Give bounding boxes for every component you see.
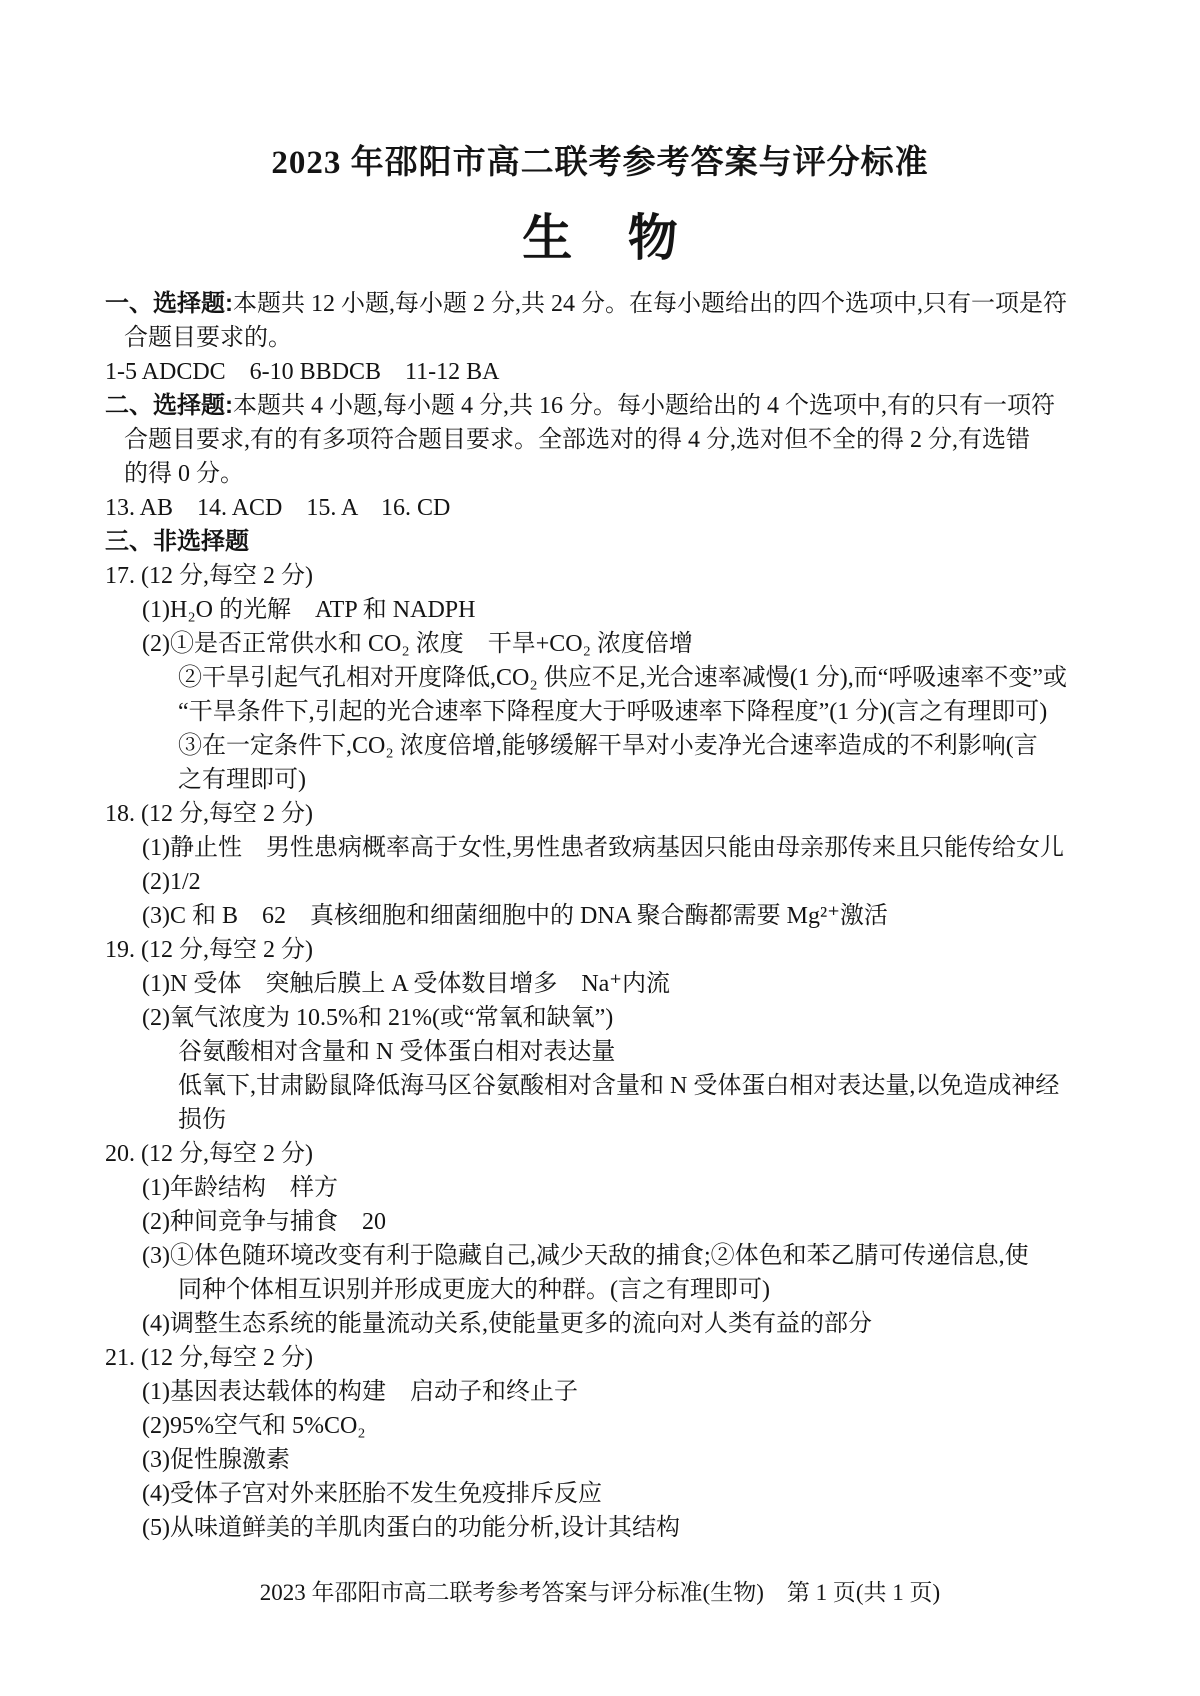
- answers-13-16: 13. AB 14. ACD 15. A 16. CD: [0, 491, 1200, 525]
- line-text: (4)受体子宫对外来胚胎不发生免疫排斥反应: [142, 1481, 602, 1507]
- q21-answer-2: (2)95%空气和 5%CO₂: [0, 1409, 1200, 1443]
- section-3-header: 三、非选择题: [0, 525, 1200, 559]
- q17-answer-2-1: (2)①是否正常供水和 CO₂ 浓度 干旱+CO₂ 浓度倍增: [0, 627, 1200, 661]
- section-1-header-2: 合题目要求的。: [0, 321, 1200, 355]
- line-text: 17. (12 分,每空 2 分): [105, 563, 313, 589]
- line-text: (1)年龄结构 样方: [142, 1175, 338, 1201]
- line-text: 19. (12 分,每空 2 分): [105, 937, 313, 963]
- line-text: 1-5 ADCDC 6-10 BBDCB 11-12 BA: [105, 359, 499, 385]
- line-text: (4)调整生态系统的能量流动关系,使能量更多的流向对人类有益的部分: [142, 1311, 872, 1337]
- line-text: (3)①体色随环境改变有利于隐藏自己,减少天敌的捕食;②体色和苯乙腈可传递信息,…: [142, 1243, 1029, 1269]
- subject-title: 生 物: [0, 198, 1200, 270]
- line-text: (1)静止性 男性患病概率高于女性,男性患者致病基因只能由母亲那传来且只能传给女…: [142, 835, 1064, 861]
- line-text: (2)1/2: [142, 869, 201, 895]
- line-text: 的得 0 分。: [124, 461, 244, 487]
- line-text: 18. (12 分,每空 2 分): [105, 801, 313, 827]
- q18-answer-1: (1)静止性 男性患病概率高于女性,男性患者致病基因只能由母亲那传来且只能传给女…: [0, 831, 1200, 865]
- q18-header: 18. (12 分,每空 2 分): [0, 797, 1200, 831]
- line-text: (2)①是否正常供水和 CO₂ 浓度 干旱+CO₂ 浓度倍增: [142, 631, 693, 657]
- line-text: 20. (12 分,每空 2 分): [105, 1141, 313, 1167]
- line-text: (2)种间竞争与捕食 20: [142, 1209, 386, 1235]
- line-text: “干旱条件下,引起的光合速率下降程度大于呼吸速率下降程度”(1 分)(言之有理即…: [178, 699, 1047, 725]
- line-text: 合题目要求的。: [124, 325, 292, 351]
- line-text: (3)C 和 B 62 真核细胞和细菌细胞中的 DNA 聚合酶都需要 Mg²⁺激…: [142, 903, 888, 929]
- q19-answer-2-3: 低氧下,甘肃鼢鼠降低海马区谷氨酸相对含量和 N 受体蛋白相对表达量,以免造成神经: [0, 1069, 1200, 1103]
- line-text: (2)氧气浓度为 10.5%和 21%(或“常氧和缺氧”): [142, 1005, 613, 1031]
- q17-answer-2-4: ③在一定条件下,CO₂ 浓度倍增,能够缓解干旱对小麦净光合速率造成的不利影响(言: [0, 729, 1200, 763]
- line-text: 本题共 12 小题,每小题 2 分,共 24 分。在每小题给出的四个选项中,只有…: [233, 291, 1067, 317]
- line-text: 之有理即可): [178, 767, 306, 793]
- line-text: (1)H₂O 的光解 ATP 和 NADPH: [142, 597, 475, 623]
- line-text: 损伤: [178, 1107, 226, 1133]
- line-text: 谷氨酸相对含量和 N 受体蛋白相对表达量: [178, 1039, 615, 1065]
- q21-answer-1: (1)基因表达载体的构建 启动子和终止子: [0, 1375, 1200, 1409]
- section-label: 三、非选择题: [105, 528, 249, 555]
- q21-header: 21. (12 分,每空 2 分): [0, 1341, 1200, 1375]
- q20-answer-3-2: 同种个体相互识别并形成更庞大的种群。(言之有理即可): [0, 1273, 1200, 1307]
- q17-answer-2-2: ②干旱引起气孔相对开度降低,CO₂ 供应不足,光合速率减慢(1 分),而“呼吸速…: [0, 661, 1200, 695]
- section-1-header: 一、选择题:本题共 12 小题,每小题 2 分,共 24 分。在每小题给出的四个…: [0, 287, 1200, 321]
- answer-sheet-page: 2023 年邵阳市高二联考参考答案与评分标准 生 物 一、选择题:本题共 12 …: [0, 0, 1200, 1696]
- section-2-header-2: 合题目要求,有的有多项符合题目要求。全部选对的得 4 分,选对但不全的得 2 分…: [0, 423, 1200, 457]
- section-2-header-3: 的得 0 分。: [0, 457, 1200, 491]
- line-text: 本题共 4 小题,每小题 4 分,共 16 分。每小题给出的 4 个选项中,有的…: [233, 393, 1055, 419]
- line-text: 13. AB 14. ACD 15. A 16. CD: [105, 495, 450, 521]
- q17-answer-2-5: 之有理即可): [0, 763, 1200, 797]
- line-text: (3)促性腺激素: [142, 1447, 290, 1473]
- q21-answer-3: (3)促性腺激素: [0, 1443, 1200, 1477]
- q19-answer-2-2: 谷氨酸相对含量和 N 受体蛋白相对表达量: [0, 1035, 1200, 1069]
- q21-answer-5: (5)从味道鲜美的羊肌肉蛋白的功能分析,设计其结构: [0, 1511, 1200, 1545]
- line-text: (2)95%空气和 5%CO₂: [142, 1413, 366, 1439]
- q19-header: 19. (12 分,每空 2 分): [0, 933, 1200, 967]
- line-text: (5)从味道鲜美的羊肌肉蛋白的功能分析,设计其结构: [142, 1515, 680, 1541]
- q18-answer-2: (2)1/2: [0, 865, 1200, 899]
- line-text: (1)基因表达载体的构建 启动子和终止子: [142, 1379, 578, 1405]
- section-2-header: 二、选择题:本题共 4 小题,每小题 4 分,共 16 分。每小题给出的 4 个…: [0, 389, 1200, 423]
- document-body: 一、选择题:本题共 12 小题,每小题 2 分,共 24 分。在每小题给出的四个…: [0, 287, 1200, 1545]
- q20-answer-1: (1)年龄结构 样方: [0, 1171, 1200, 1205]
- line-text: 同种个体相互识别并形成更庞大的种群。(言之有理即可): [178, 1277, 770, 1303]
- q21-answer-4: (4)受体子宫对外来胚胎不发生免疫排斥反应: [0, 1477, 1200, 1511]
- q17-answer-2-3: “干旱条件下,引起的光合速率下降程度大于呼吸速率下降程度”(1 分)(言之有理即…: [0, 695, 1200, 729]
- line-text: ②干旱引起气孔相对开度降低,CO₂ 供应不足,光合速率减慢(1 分),而“呼吸速…: [178, 665, 1067, 691]
- line-text: 合题目要求,有的有多项符合题目要求。全部选对的得 4 分,选对但不全的得 2 分…: [124, 427, 1030, 453]
- q19-answer-1: (1)N 受体 突触后膜上 A 受体数目增多 Na⁺内流: [0, 967, 1200, 1001]
- section-label: 二、选择题:: [105, 392, 233, 419]
- document-title: 2023 年邵阳市高二联考参考答案与评分标准: [0, 136, 1200, 183]
- line-text: (1)N 受体 突触后膜上 A 受体数目增多 Na⁺内流: [142, 971, 670, 997]
- section-label: 一、选择题:: [105, 290, 233, 317]
- q20-answer-3-1: (3)①体色随环境改变有利于隐藏自己,减少天敌的捕食;②体色和苯乙腈可传递信息,…: [0, 1239, 1200, 1273]
- q19-answer-2-1: (2)氧气浓度为 10.5%和 21%(或“常氧和缺氧”): [0, 1001, 1200, 1035]
- q20-answer-4: (4)调整生态系统的能量流动关系,使能量更多的流向对人类有益的部分: [0, 1307, 1200, 1341]
- q17-header: 17. (12 分,每空 2 分): [0, 559, 1200, 593]
- line-text: 21. (12 分,每空 2 分): [105, 1345, 313, 1371]
- q20-answer-2: (2)种间竞争与捕食 20: [0, 1205, 1200, 1239]
- q17-answer-1: (1)H₂O 的光解 ATP 和 NADPH: [0, 593, 1200, 627]
- q20-header: 20. (12 分,每空 2 分): [0, 1137, 1200, 1171]
- line-text: 低氧下,甘肃鼢鼠降低海马区谷氨酸相对含量和 N 受体蛋白相对表达量,以免造成神经: [178, 1073, 1059, 1099]
- q18-answer-3: (3)C 和 B 62 真核细胞和细菌细胞中的 DNA 聚合酶都需要 Mg²⁺激…: [0, 899, 1200, 933]
- answers-1-12: 1-5 ADCDC 6-10 BBDCB 11-12 BA: [0, 355, 1200, 389]
- q19-answer-2-4: 损伤: [0, 1103, 1200, 1137]
- page-footer: 2023 年邵阳市高二联考参考答案与评分标准(生物) 第 1 页(共 1 页): [0, 1574, 1200, 1607]
- line-text: ③在一定条件下,CO₂ 浓度倍增,能够缓解干旱对小麦净光合速率造成的不利影响(言: [178, 733, 1038, 759]
